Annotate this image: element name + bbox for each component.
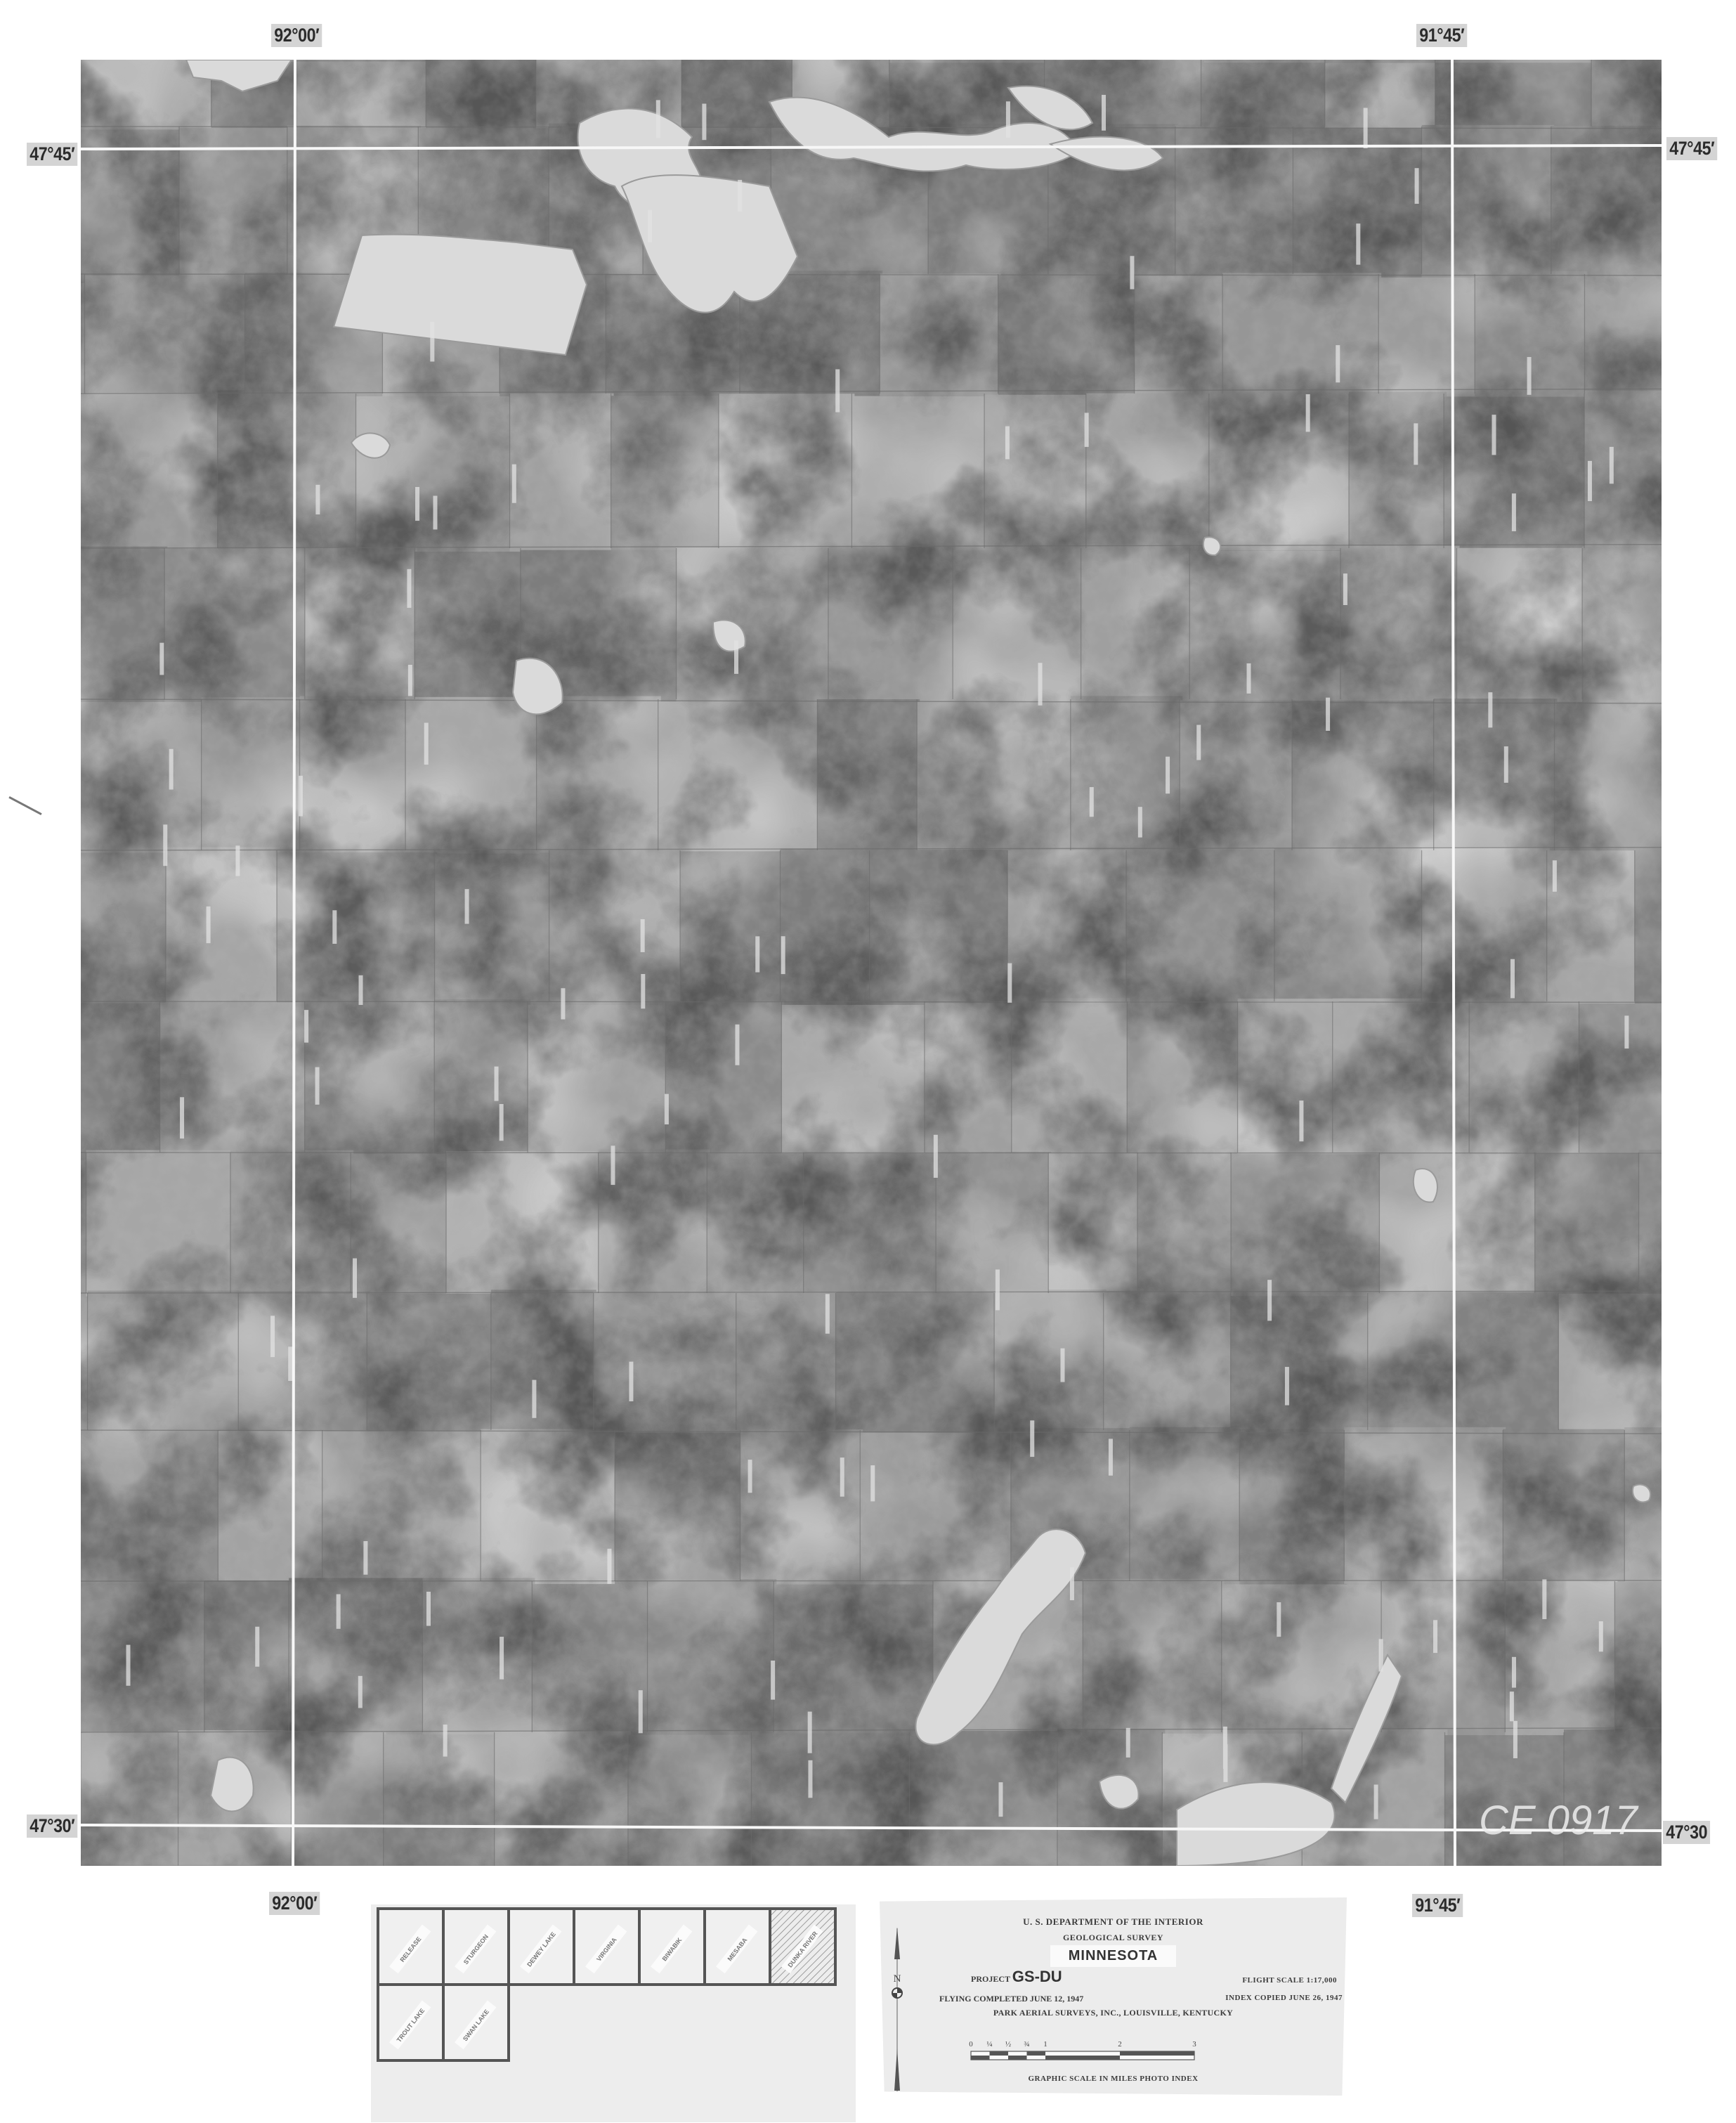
latitude-label-47-45-left: 47°45′ — [27, 143, 78, 166]
scale-caption: GRAPHIC SCALE IN MILES PHOTO INDEX — [880, 2075, 1347, 2083]
svg-text:CE 0917: CE 0917 — [1479, 1798, 1639, 1843]
flight-scale: FLIGHT SCALE 1:17,000 — [1242, 1976, 1337, 1985]
svg-text:¼: ¼ — [986, 2040, 992, 2049]
svg-text:1: 1 — [1043, 2040, 1048, 2049]
project-line: PROJECT GS-DU — [971, 1968, 1062, 1986]
survey-company: PARK AERIAL SURVEYS, INC., LOUISVILLE, K… — [880, 2008, 1347, 2018]
department-heading: U. S. DEPARTMENT OF THE INTERIOR — [880, 1916, 1347, 1928]
aerial-photo-mosaic: CE 0917 — [81, 60, 1662, 1866]
longitude-label-91-45-bottom: 91°45′ — [1412, 1894, 1463, 1917]
longitude-label-91-45-top: 91°45′ — [1416, 24, 1468, 47]
svg-text:0: 0 — [969, 2040, 973, 2049]
svg-text:¾: ¾ — [1024, 2040, 1029, 2049]
index-copied-date: INDEX COPIED JUNE 26, 1947 — [1225, 1994, 1343, 2002]
state-title: MINNESOTA — [1050, 1945, 1177, 1967]
svg-text:½: ½ — [1005, 2040, 1011, 2049]
project-prefix: PROJECT — [971, 1974, 1010, 1984]
latitude-label-47-30-right: 47°30 — [1663, 1821, 1710, 1844]
graphic-scale-bar: 0¼½¾123 — [964, 2034, 1203, 2070]
svg-text:2: 2 — [1118, 2040, 1122, 2049]
latitude-label-47-45-right: 47°45′ — [1666, 137, 1718, 160]
longitude-label-92-00-bottom: 92°00′ — [269, 1892, 320, 1915]
longitude-label-92-00-top: 92°00′ — [271, 24, 322, 47]
scan-artifact-mark — [8, 796, 41, 815]
quadrangle-index-grid: RELEASESTURGEONDEWEY LAKEVIRGINIABIWABIK… — [371, 1904, 856, 2122]
agency-heading: GEOLOGICAL SURVEY — [880, 1933, 1347, 1943]
latitude-label-47-30-left: 47°30′ — [27, 1814, 78, 1838]
title-legend-block: N U. S. DEPARTMENT OF THE INTERIOR GEOLO… — [880, 1897, 1347, 2096]
project-code: GS-DU — [1012, 1968, 1062, 1985]
svg-text:3: 3 — [1192, 2040, 1196, 2049]
flying-completed-date: FLYING COMPLETED JUNE 12, 1947 — [939, 1994, 1083, 2004]
svg-text:N: N — [894, 1973, 901, 1985]
